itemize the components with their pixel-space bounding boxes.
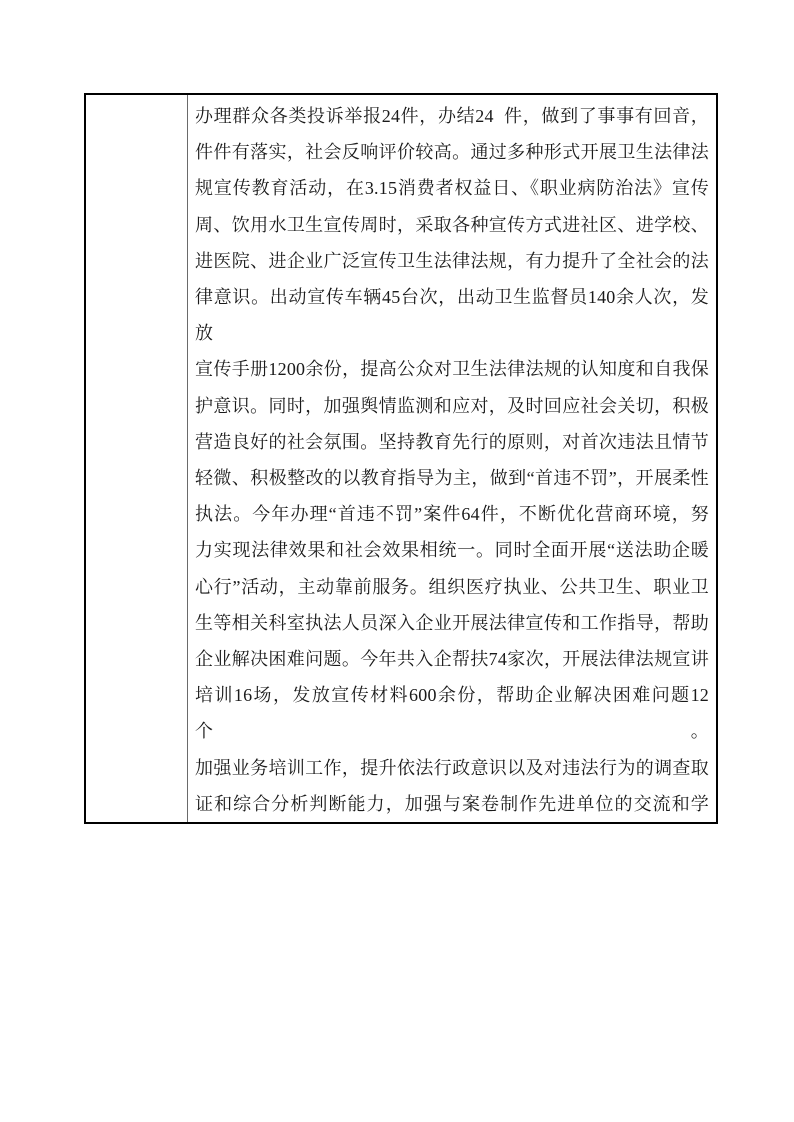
report-text-line: 办理群众各类投诉举报24件，办结24 件，做到了事事有回音， xyxy=(195,98,709,134)
report-text-line: 执法。今年办理“首违不罚”案件64件，不断优化营商环境，努 xyxy=(195,496,709,532)
report-text-line: 培训16场，发放宣传材料600余份，帮助企业解决困难问题12个。 xyxy=(195,677,709,749)
report-text-line: 证和综合分析判断能力，加强与案卷制作先进单位的交流和学 xyxy=(195,786,709,822)
report-text-line: 轻微、积极整改的以教育指导为主，做到“首违不罚”，开展柔性 xyxy=(195,460,709,496)
report-text-line: 件件有落实，社会反响评价较高。通过多种形式开展卫生法律法 xyxy=(195,134,709,170)
report-text-line: 生等相关科室执法人员深入企业开展法律宣传和工作指导，帮助 xyxy=(195,605,709,641)
table-cell-report-body: 办理群众各类投诉举报24件，办结24 件，做到了事事有回音，件件有落实，社会反响… xyxy=(188,95,716,822)
report-text-line: 护意识。同时，加强舆情监测和应对，及时回应社会关切，积极 xyxy=(195,388,709,424)
report-text-line: 营造良好的社会氛围。坚持教育先行的原则，对首次违法且情节 xyxy=(195,424,709,460)
report-table: 办理群众各类投诉举报24件，办结24 件，做到了事事有回音，件件有落实，社会反响… xyxy=(84,93,718,824)
document-page: 办理群众各类投诉举报24件，办结24 件，做到了事事有回音，件件有落实，社会反响… xyxy=(0,0,794,1122)
report-text-line: 宣传手册1200余份，提高公众对卫生法律法规的认知度和自我保 xyxy=(195,351,709,387)
report-text-line: 进医院、进企业广泛宣传卫生法律法规，有力提升了全社会的法 xyxy=(195,243,709,279)
report-text-line: 力实现法律效果和社会效果相统一。同时全面开展“送法助企暖 xyxy=(195,532,709,568)
report-text-line: 律意识。出动宣传车辆45台次，出动卫生监督员140余人次，发放 xyxy=(195,279,709,351)
table-cell-label-empty xyxy=(86,95,188,822)
report-text-line: 规宣传教育活动，在3.15消费者权益日、《职业病防治法》宣传 xyxy=(195,170,709,206)
report-text-line: 加强业务培训工作，提升依法行政意识以及对违法行为的调查取 xyxy=(195,750,709,786)
report-text-line: 周、饮用水卫生宣传周时，采取各种宣传方式进社区、进学校、 xyxy=(195,207,709,243)
report-text-line: 心行”活动，主动靠前服务。组织医疗执业、公共卫生、职业卫 xyxy=(195,569,709,605)
report-text-line: 企业解决困难问题。今年共入企帮扶74家次，开展法律法规宣讲 xyxy=(195,641,709,677)
